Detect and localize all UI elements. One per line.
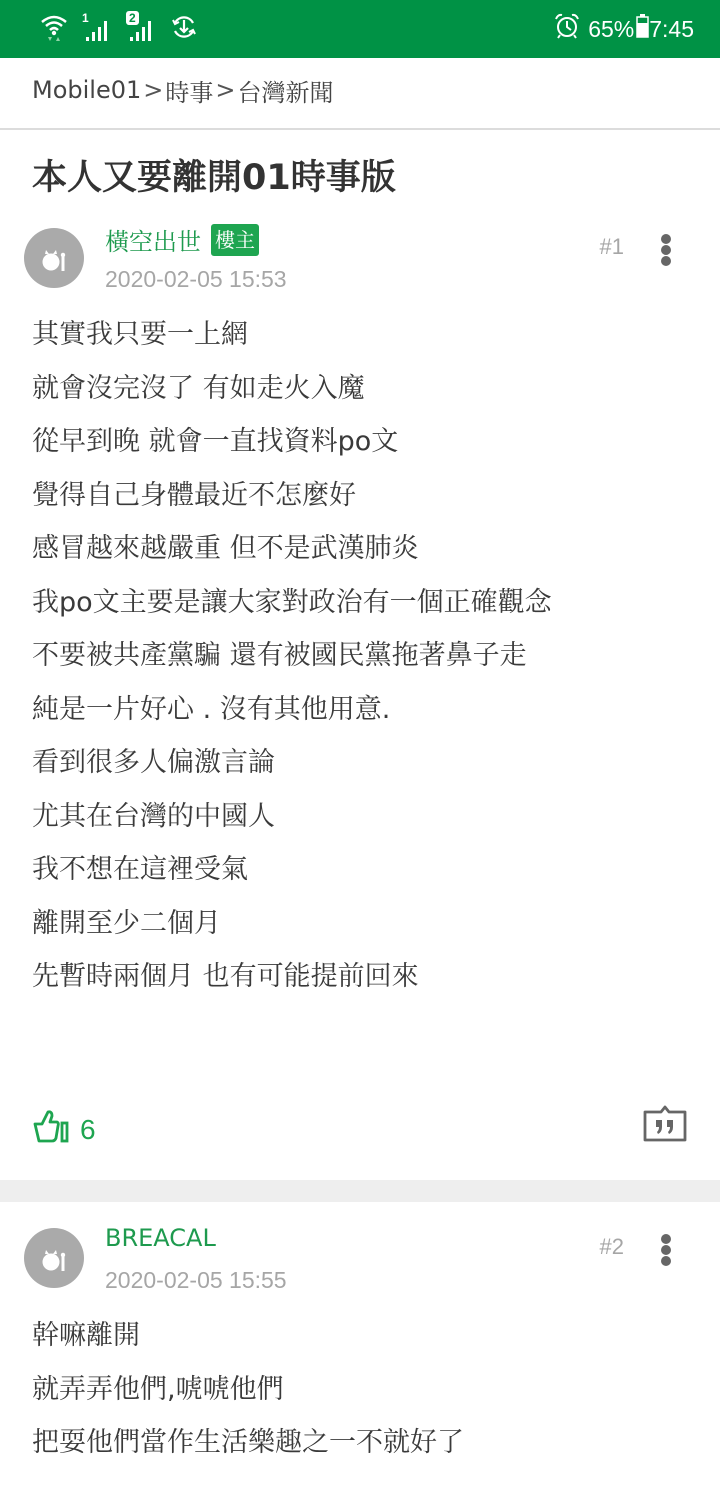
post-line: 離開至少二個月 <box>32 897 552 951</box>
sim1-label: 1 <box>82 11 89 25</box>
like-button[interactable]: 6 <box>32 1108 96 1151</box>
post-line: 先暫時兩個月 也有可能提前回來 <box>32 950 552 1004</box>
signal-sim1-icon: 1 <box>82 15 112 43</box>
breadcrumb-item-taiwan-news[interactable]: 台灣新聞 <box>237 73 333 108</box>
post-time: 2020-02-05 15:53 <box>105 266 287 293</box>
sim2-label: 2 <box>126 11 139 25</box>
floor-number: #1 <box>600 234 624 260</box>
thread-title: 本人又要離開01時事版 <box>32 150 396 200</box>
alarm-icon <box>554 12 580 46</box>
data-sync-icon <box>170 13 198 45</box>
more-options-icon[interactable] <box>660 1234 672 1266</box>
post-line: 從早到晚 就會一直找資料po文 <box>32 415 552 469</box>
wifi-icon <box>40 12 68 46</box>
post-line: 就弄弄他們,唬唬他們 <box>32 1363 464 1417</box>
header-divider <box>0 128 720 130</box>
quote-icon <box>643 1104 689 1144</box>
breadcrumb-item-current-affairs[interactable]: 時事 <box>165 73 213 108</box>
op-badge: 樓主 <box>211 224 259 256</box>
post-line: 就會沒完沒了 有如走火入魔 <box>32 362 552 416</box>
post-line: 感冒越來越嚴重 但不是武漢肺炎 <box>32 522 552 576</box>
username[interactable]: BREACAL <box>105 1224 216 1252</box>
default-avatar-icon <box>24 1228 84 1288</box>
more-options-icon[interactable] <box>660 234 672 266</box>
thumbs-up-icon <box>32 1108 70 1151</box>
post-line: 我po文主要是讓大家對政治有一個正確觀念 <box>32 576 552 630</box>
breadcrumb-separator: > <box>143 76 163 104</box>
post-line: 其實我只要一上網 <box>32 308 552 362</box>
breadcrumb-separator: > <box>215 76 235 104</box>
battery-icon <box>636 14 649 44</box>
avatar[interactable] <box>24 228 84 288</box>
avatar[interactable] <box>24 1228 84 1288</box>
post-body: 其實我只要一上網 就會沒完沒了 有如走火入魔 從早到晚 就會一直找資料po文 覺… <box>32 308 552 1004</box>
post-time: 2020-02-05 15:55 <box>105 1267 287 1294</box>
breadcrumb: Mobile01 > 時事 > 台灣新聞 <box>32 70 333 110</box>
post-line: 看到很多人偏激言論 <box>32 736 552 790</box>
clock: 7:45 <box>649 16 694 43</box>
post-line: 我不想在這裡受氣 <box>32 843 552 897</box>
signal-sim2-icon: 2 <box>126 15 156 43</box>
post-line: 純是一片好心 . 沒有其他用意. <box>32 683 552 737</box>
quote-reply-button[interactable] <box>643 1104 689 1148</box>
post-line: 幹嘛離開 <box>32 1309 464 1363</box>
breadcrumb-item-mobile01[interactable]: Mobile01 <box>32 76 141 104</box>
status-bar: 1 2 <box>0 0 720 58</box>
post-line: 不要被共產黨騙 還有被國民黨拖著鼻子走 <box>32 629 552 683</box>
default-avatar-icon <box>24 228 84 288</box>
post-body: 幹嘛離開 就弄弄他們,唬唬他們 把耍他們當作生活樂趣之一不就好了 <box>32 1309 464 1470</box>
post-separator <box>0 1180 720 1202</box>
username[interactable]: 橫空出世 <box>105 222 201 257</box>
battery-percent: 65% <box>588 16 634 43</box>
post-line: 尤其在台灣的中國人 <box>32 790 552 844</box>
post-line: 把耍他們當作生活樂趣之一不就好了 <box>32 1416 464 1470</box>
post-line: 覺得自己身體最近不怎麼好 <box>32 469 552 523</box>
floor-number: #2 <box>600 1234 624 1260</box>
like-count: 6 <box>80 1114 96 1146</box>
